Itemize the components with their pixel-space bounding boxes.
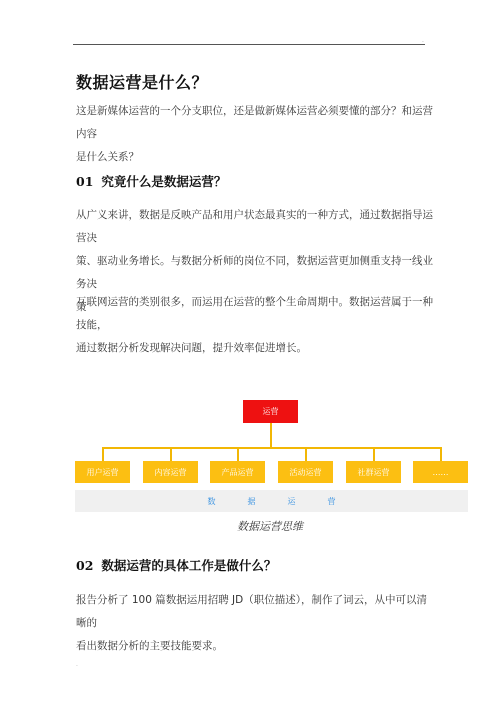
diagram-connector <box>373 447 375 461</box>
diagram-connector <box>270 423 272 448</box>
base-char: 运 <box>288 496 296 507</box>
diagram-connector <box>170 447 172 461</box>
base-char: 据 <box>248 496 256 507</box>
section-title: 究竟什么是数据运营？ <box>101 174 226 189</box>
page-title: 数据运营是什么？ <box>76 70 208 93</box>
diagram-connector <box>102 447 441 449</box>
header-mark: . <box>422 37 424 44</box>
diagram-child-node: 用户运营 <box>75 461 130 483</box>
diagram-child-node: 社群运营 <box>346 461 401 483</box>
footer-mark: . <box>76 661 78 668</box>
diagram-caption: 数据运营思维 <box>0 518 500 534</box>
section1-paragraph2: 互联网运营的类别很多，而运用在运营的整个生命周期中。数据运营属于一种技能， 通过… <box>76 291 436 360</box>
diagram-child-node: 产品运营 <box>210 461 265 483</box>
diagram-connector <box>102 447 104 461</box>
header-rule <box>73 44 425 45</box>
text-line: 互联网运营的类别很多，而运用在运营的整个生命周期中。数据运营属于一种技能， <box>76 296 433 331</box>
diagram-child-node: 活动运营 <box>278 461 333 483</box>
diagram-connector <box>237 447 239 461</box>
text-line: 策、驱动业务增长。与数据分析师的岗位不同，数据运营更加侧重支持一线业务决 <box>76 255 433 290</box>
base-char: 数 <box>208 496 216 507</box>
text-line: 看出数据分析的主要技能要求。 <box>76 640 223 652</box>
text-line: 从广义来讲，数据是反映产品和用户状态最真实的一种方式，通过数据指导运营决 <box>76 209 433 244</box>
intro-line: 这是新媒体运营的一个分支职位，还是做新媒体运营必须要懂的部分？和运营内容 <box>76 105 433 140</box>
base-char: 营 <box>328 496 336 507</box>
section-title: 数据运营的具体工作是做什么？ <box>101 558 276 573</box>
section-number: 02 <box>76 558 93 573</box>
intro-paragraph: 这是新媒体运营的一个分支职位，还是做新媒体运营必须要懂的部分？和运营内容 是什么… <box>76 100 436 169</box>
section-heading-01: 01究竟什么是数据运营？ <box>76 172 226 190</box>
diagram-base-band: 数 据 运 营 <box>75 490 468 512</box>
text-line: 报告分析了 100 篇数据运用招聘 JD（职位描述），制作了词云，从中可以清晰的 <box>76 594 427 629</box>
diagram-connector <box>305 447 307 461</box>
diagram-connector <box>440 447 442 461</box>
section2-paragraph1: 报告分析了 100 篇数据运用招聘 JD（职位描述），制作了词云，从中可以清晰的… <box>76 589 436 658</box>
intro-line: 是什么关系？ <box>76 151 139 163</box>
diagram-root-node: 运营 <box>243 400 298 423</box>
text-line: 通过数据分析发现解决问题，提升效率促进增长。 <box>76 342 307 354</box>
section-heading-02: 02数据运营的具体工作是做什么？ <box>76 556 276 574</box>
diagram-child-node: 内容运营 <box>143 461 198 483</box>
diagram-child-node: …… <box>413 461 468 483</box>
section-number: 01 <box>76 174 93 189</box>
